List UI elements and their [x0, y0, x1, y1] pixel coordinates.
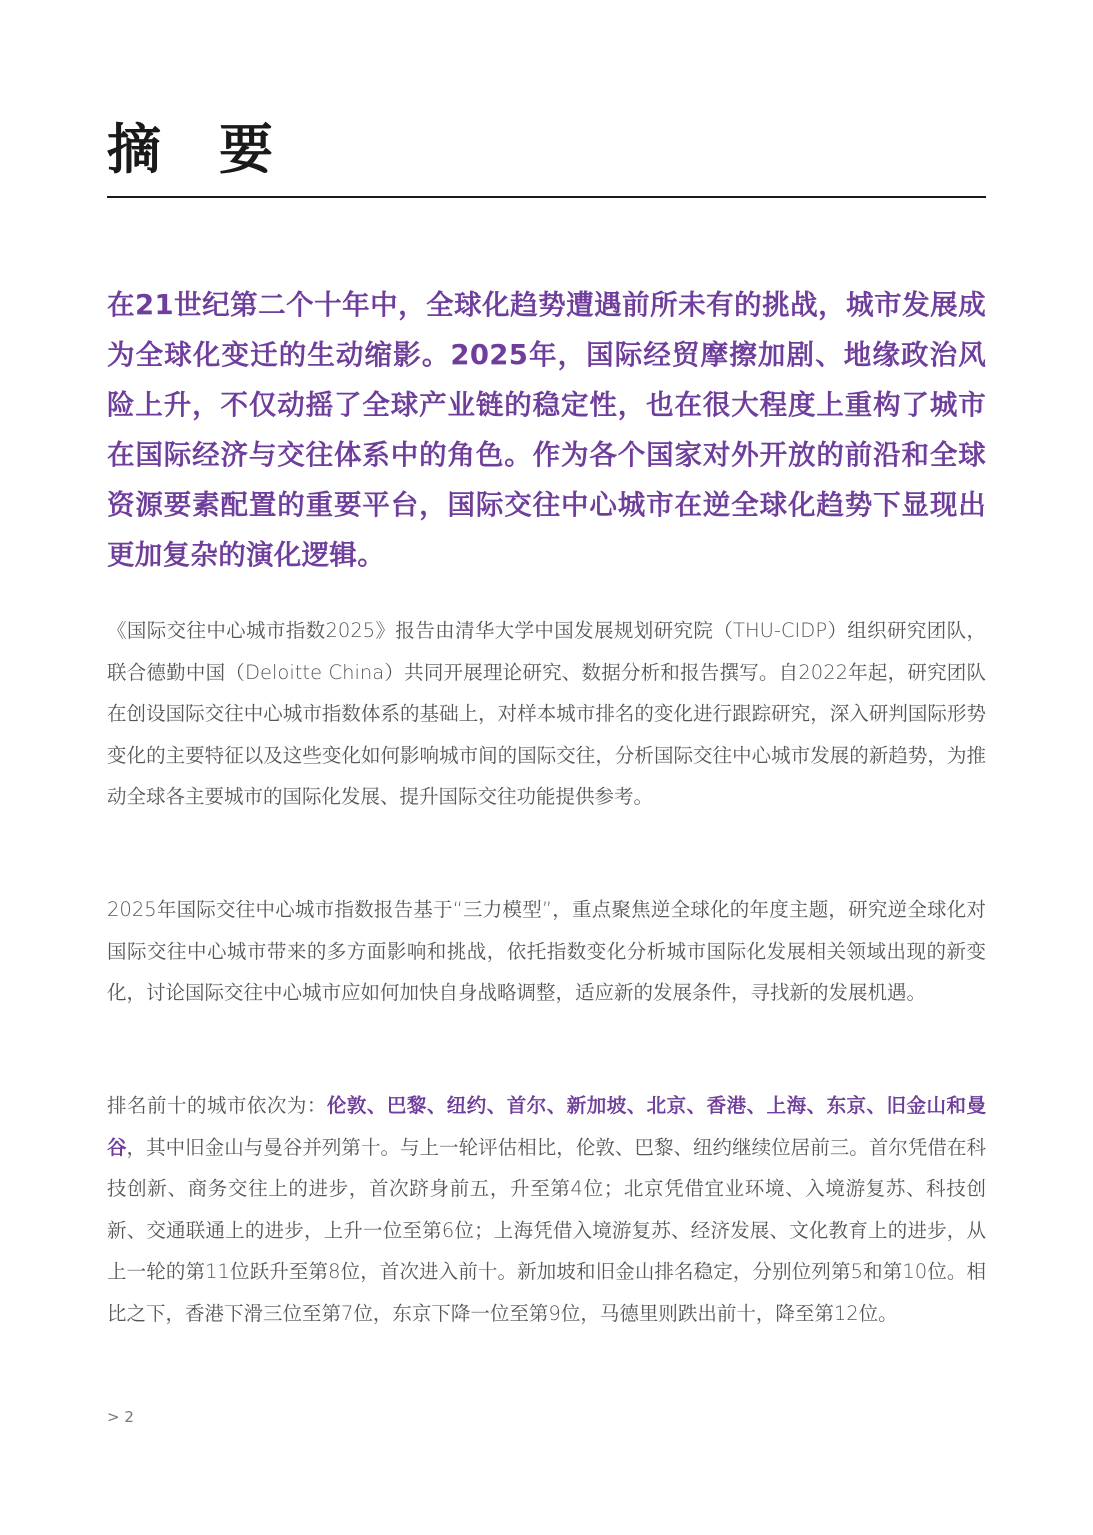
ranking-details: ，其中旧金山与曼谷并列第十。与上一轮评估相比，伦敦、巴黎、纽约继续位居前三。首尔… [107, 1136, 986, 1325]
ranking-intro: 排名前十的城市依次为： [107, 1094, 327, 1117]
page-title: 摘 要 [107, 118, 275, 182]
lead-paragraph: 在21世纪第二个十年中，全球化趋势遭遇前所未有的挑战，城市发展成为全球化变迁的生… [107, 280, 986, 580]
title-divider [107, 196, 986, 198]
body-paragraph-3: 排名前十的城市依次为：伦敦、巴黎、纽约、首尔、新加坡、北京、香港、上海、东京、旧… [107, 1085, 986, 1334]
body-paragraph-1: 《国际交往中心城市指数2025》报告由清华大学中国发展规划研究院（THU-CID… [107, 610, 986, 818]
page-number: > 2 [107, 1408, 134, 1426]
body-paragraph-2: 2025年国际交往中心城市指数报告基于“三力模型”，重点聚焦逆全球化的年度主题，… [107, 889, 986, 1014]
